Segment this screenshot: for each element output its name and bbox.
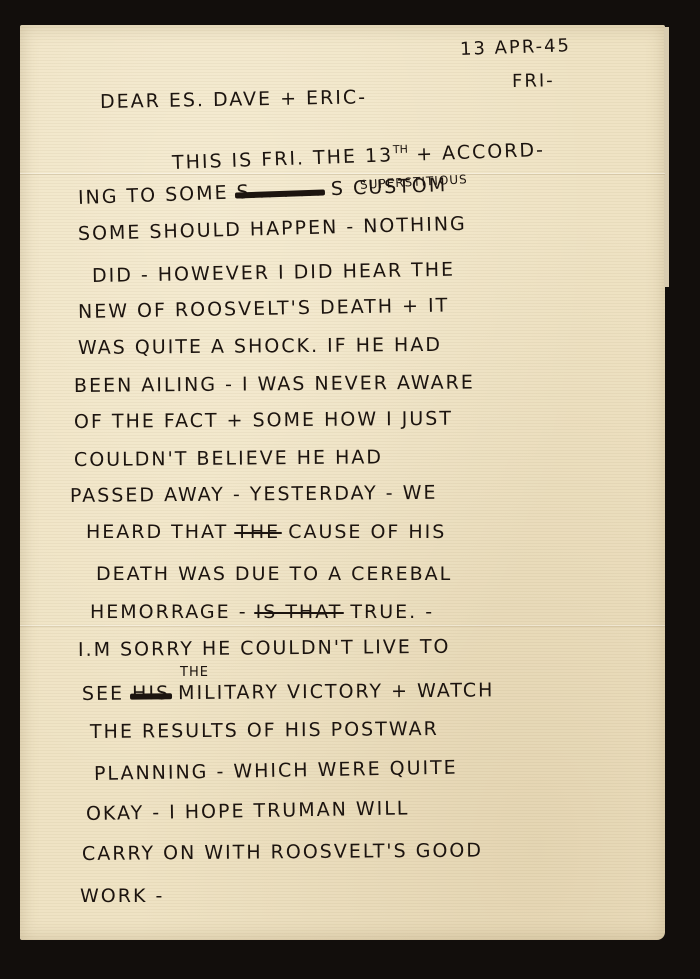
- line-text-before: HEMORRAGE -: [90, 601, 248, 623]
- letter-line: NEW OF ROOSVELT'S DEATH + IT: [78, 295, 450, 323]
- ordinal-suffix: th: [393, 143, 408, 157]
- scanned-letter-image: 13 APR-45 FRI- DEAR ES. DAVE + ERIC- THI…: [0, 0, 700, 979]
- letter-line: WORK -: [80, 885, 164, 907]
- letter-line: THE RESULTS OF HIS POSTWAR: [90, 718, 439, 743]
- paper-edge: [664, 27, 669, 287]
- line-text-after: CAUSE OF HIS: [288, 521, 446, 543]
- struck-word: HIS: [132, 682, 170, 704]
- letter-line: PASSED AWAY - YESTERDAY - WE: [70, 482, 438, 507]
- letter-line: WAS QUITE A SHOCK. IF HE HAD: [78, 334, 442, 359]
- day-line: FRI-: [512, 70, 555, 92]
- fold-crease: [20, 173, 665, 174]
- letter-line: CARRY ON WITH ROOSVELT'S GOOD: [82, 840, 483, 865]
- line-text-before: HEARD THAT: [86, 521, 228, 543]
- line-text-before: ING TO SOME: [78, 182, 229, 209]
- letter-line: HEMORRAGE - IS THAT TRUE. -: [90, 601, 434, 623]
- date-line: 13 APR-45: [460, 35, 572, 60]
- letter-line: ING TO SOME S......... S CUSTOM: [78, 174, 448, 209]
- letter-line: OF THE FACT + SOME HOW I JUST: [74, 408, 453, 433]
- fold-crease: [20, 625, 665, 626]
- line-text-after: TRUE. -: [350, 601, 434, 623]
- letter-line: OKAY - I HOPE TRUMAN WILL: [86, 797, 410, 825]
- letter-line: SOME SHOULD HAPPEN - NOTHING: [78, 213, 467, 245]
- letter-line: SEE HIS MILITARY VICTORY + WATCH: [82, 679, 495, 705]
- letter-line: PLANNING - WHICH WERE QUITE: [94, 757, 458, 785]
- line-text-after: S CUSTOM: [331, 174, 448, 200]
- line-text-before: SEE: [82, 683, 124, 705]
- line-text-after: + ACCORD-: [416, 139, 546, 165]
- salutation: DEAR ES. DAVE + ERIC-: [100, 86, 367, 113]
- letter-paper: 13 APR-45 FRI- DEAR ES. DAVE + ERIC- THI…: [20, 25, 665, 940]
- letter-line: DID - HOWEVER I DID HEAR THE: [92, 259, 455, 287]
- letter-line: COULDN'T BELIEVE HE HAD: [74, 446, 383, 471]
- letter-line: HEARD THAT THE CAUSE OF HIS: [86, 521, 446, 543]
- struck-word: S.........: [236, 178, 323, 203]
- letter-line: I.M SORRY HE COULDN'T LIVE TO: [78, 636, 451, 661]
- line-text-after: MILITARY VICTORY + WATCH: [178, 679, 494, 704]
- letter-line: DEATH WAS DUE TO A CEREBAL: [96, 563, 452, 585]
- letter-line: BEEN AILING - I WAS NEVER AWARE: [74, 372, 475, 397]
- struck-word: THE: [236, 521, 280, 543]
- line-text: THIS IS FRI. THE 13: [172, 144, 394, 174]
- inserted-word: THE: [180, 665, 209, 680]
- struck-word: IS THAT: [256, 601, 343, 623]
- letter-line: THIS IS FRI. THE 13th + ACCORD-: [172, 138, 546, 174]
